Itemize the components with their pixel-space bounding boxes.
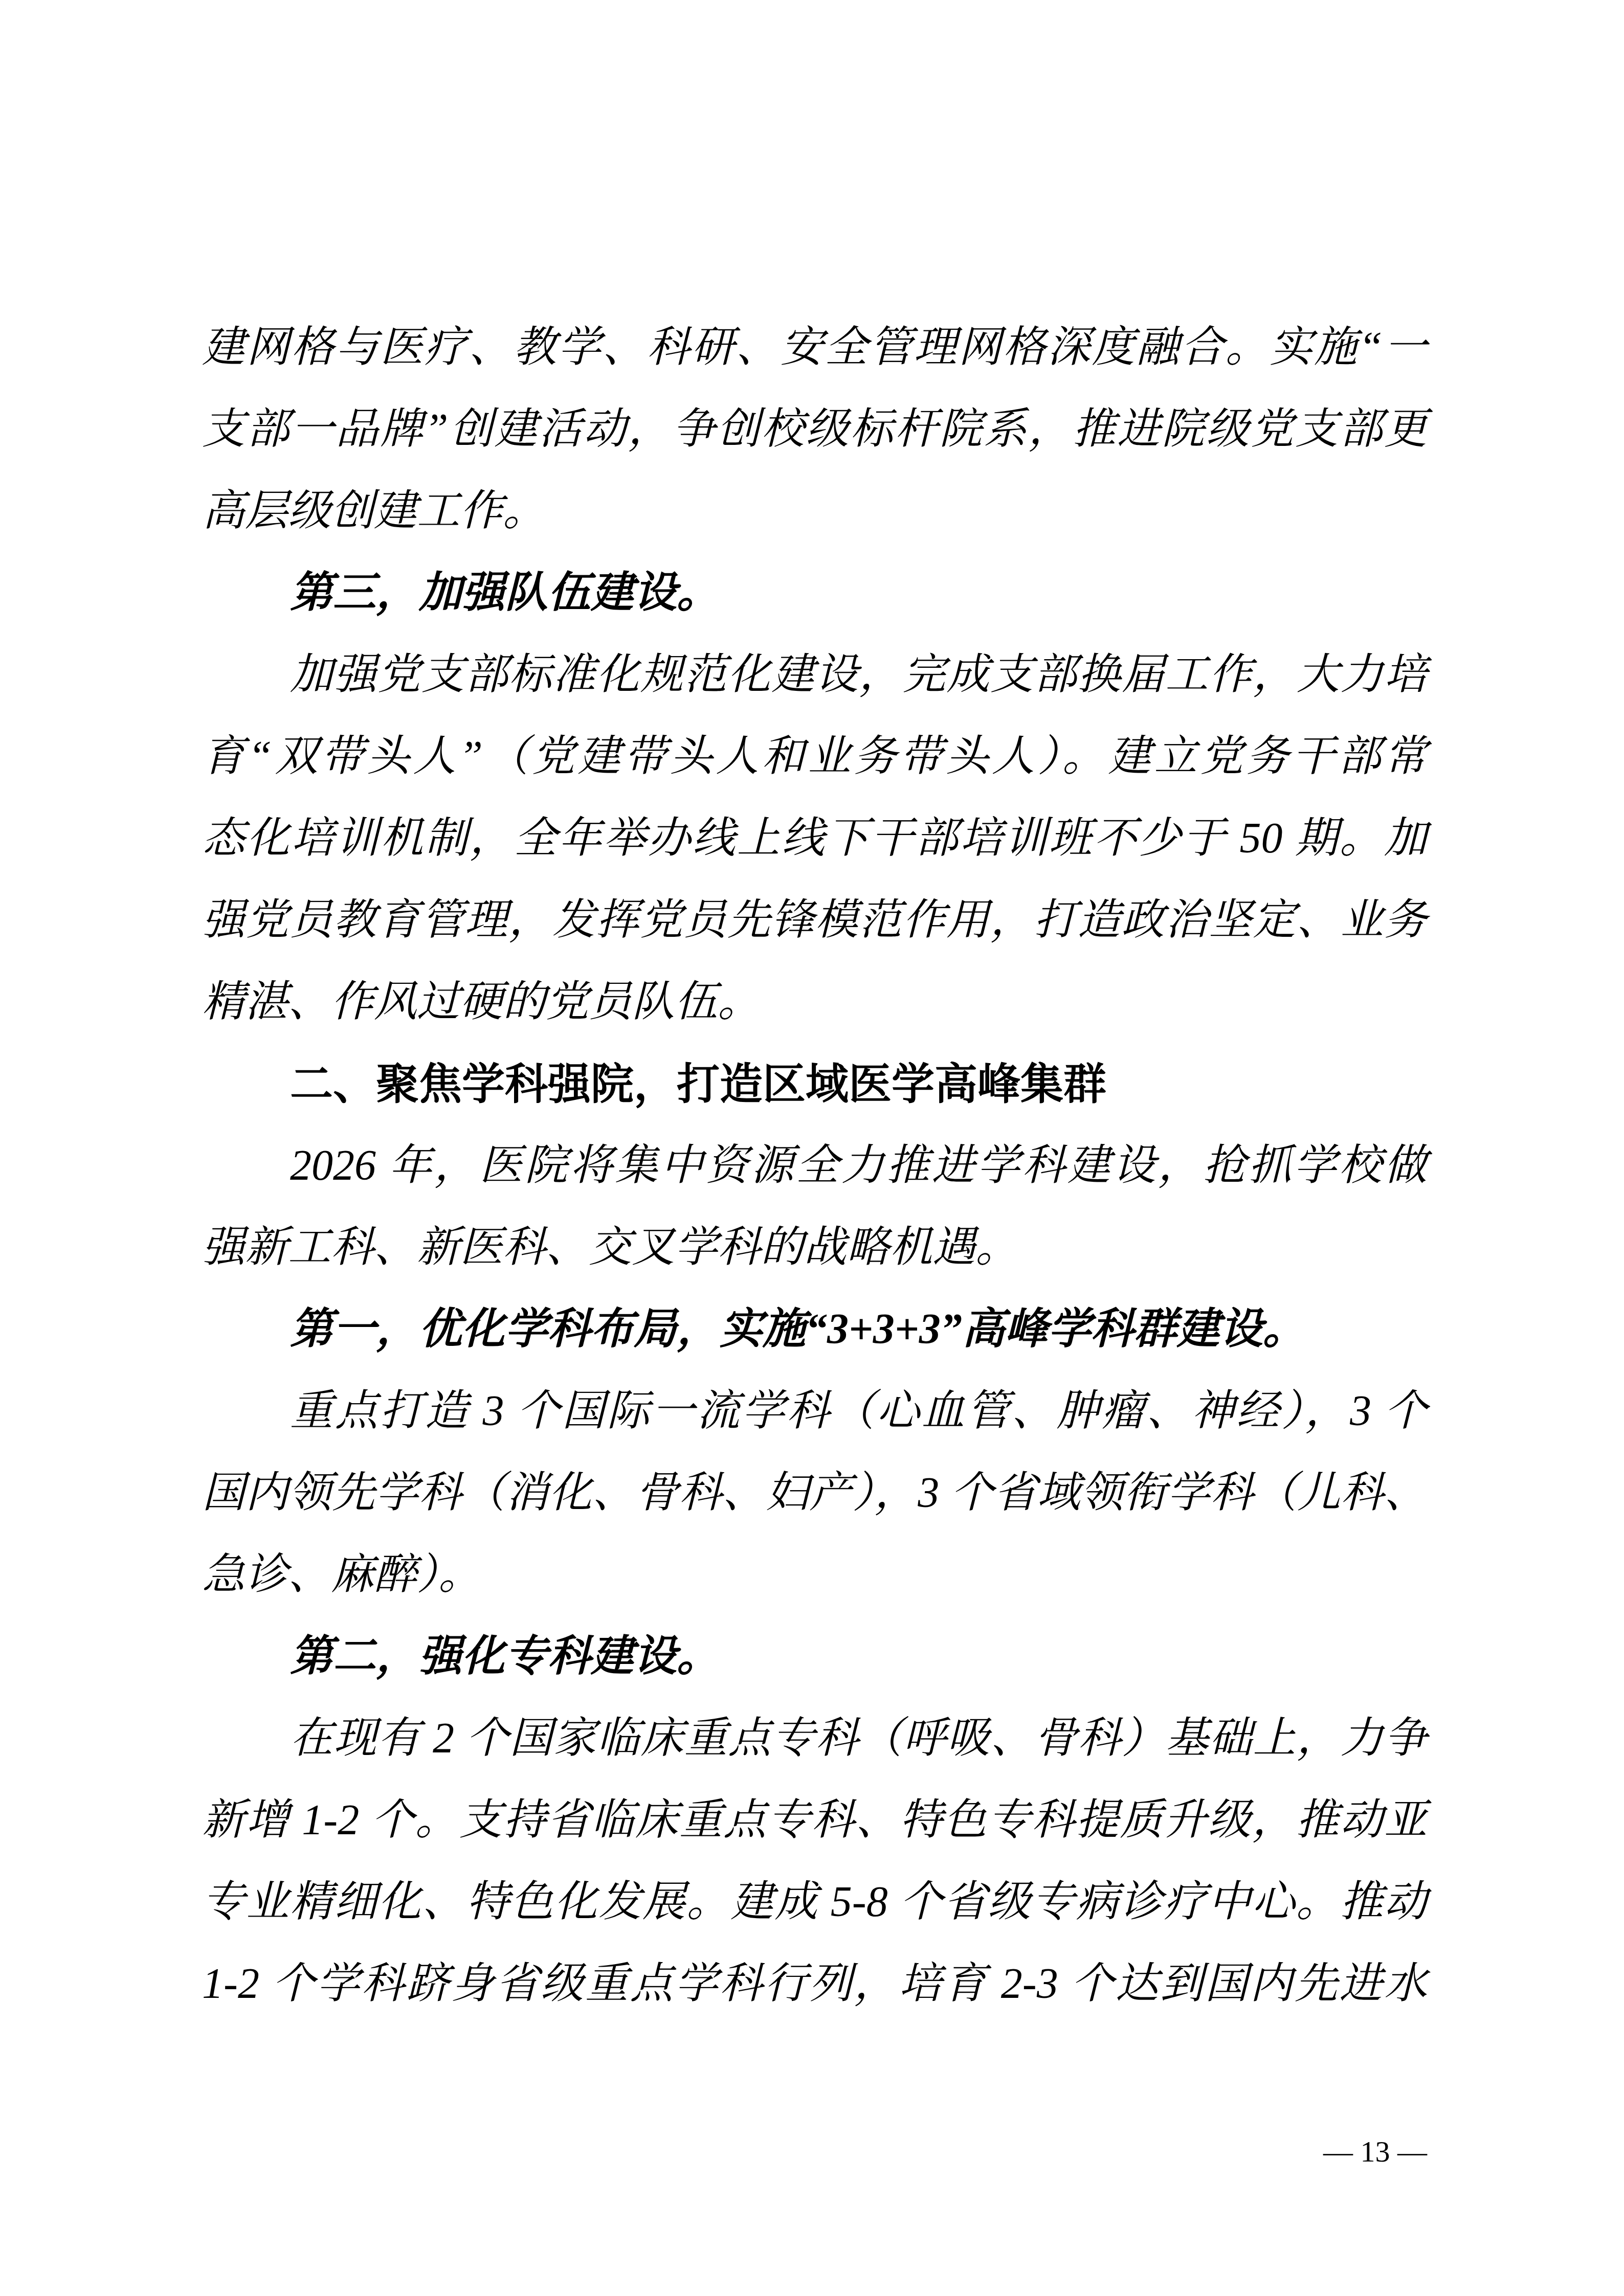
text-line: 第三，加强队伍建设。 (202, 552, 1427, 634)
text-line: 重点打造 3 个国际一流学科（心血管、肿瘤、神经），3 个 (202, 1370, 1427, 1452)
text-line: 建网格与医疗、教学、科研、安全管理网格深度融合。实施“一 (202, 307, 1427, 389)
text-line: 态化培训机制，全年举办线上线下干部培训班不少于 50 期。加 (202, 798, 1427, 880)
text-line: 国内领先学科（消化、骨科、妇产），3 个省域领衔学科（儿科、 (202, 1452, 1427, 1534)
text-line: 第二，强化专科建设。 (202, 1616, 1427, 1698)
text-line: 新增 1-2 个。支持省临床重点专科、特色专科提质升级，推动亚 (202, 1780, 1427, 1861)
text-line: 专业精细化、特色化发展。建成 5-8 个省级专病诊疗中心。推动 (202, 1861, 1427, 1943)
page-number: — 13 — (1323, 2131, 1427, 2172)
text-line: 急诊、麻醉）。 (202, 1534, 1427, 1616)
text-line: 第一，优化学科布局，实施“3+3+3”高峰学科群建设。 (202, 1289, 1427, 1370)
text-line: 育“双带头人”（党建带头人和业务带头人）。建立党务干部常 (202, 716, 1427, 798)
text-line: 加强党支部标准化规范化建设，完成支部换届工作，大力培 (202, 634, 1427, 716)
text-line: 支部一品牌”创建活动，争创校级标杆院系，推进院级党支部更 (202, 389, 1427, 470)
text-block: 建网格与医疗、教学、科研、安全管理网格深度融合。实施“一支部一品牌”创建活动，争… (202, 307, 1427, 2025)
text-line: 强新工科、新医科、交叉学科的战略机遇。 (202, 1207, 1427, 1289)
text-line: 高层级创建工作。 (202, 470, 1427, 552)
text-line: 2026 年，医院将集中资源全力推进学科建设，抢抓学校做 (202, 1125, 1427, 1207)
text-line: 在现有 2 个国家临床重点专科（呼吸、骨科）基础上，力争 (202, 1698, 1427, 1780)
text-line: 强党员教育管理，发挥党员先锋模范作用，打造政治坚定、业务 (202, 880, 1427, 961)
text-line: 精湛、作风过硬的党员队伍。 (202, 961, 1427, 1043)
text-line: 二、聚焦学科强院，打造区域医学高峰集群 (202, 1043, 1427, 1125)
document-page: 建网格与医疗、教学、科研、安全管理网格深度融合。实施“一支部一品牌”创建活动，争… (0, 0, 1624, 2296)
text-line: 1-2 个学科跻身省级重点学科行列，培育 2-3 个达到国内先进水 (202, 1943, 1427, 2025)
